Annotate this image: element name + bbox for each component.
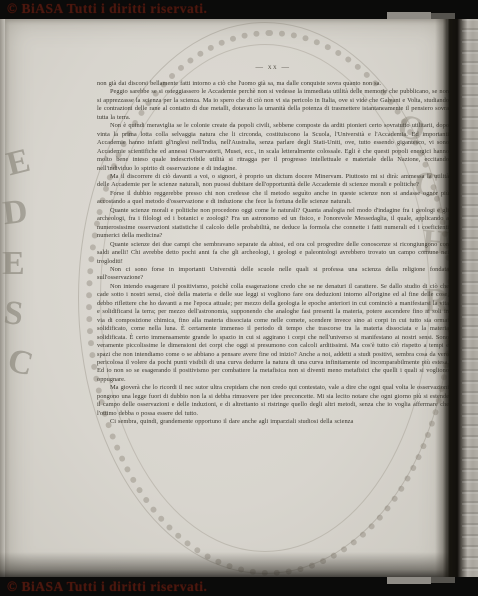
page-bottom-shadow xyxy=(0,552,478,577)
copyright-text-bottom: © BiASA Tutti i diritti riservati. xyxy=(7,579,207,595)
paragraph: Non intendo esagerare il positivismo, po… xyxy=(97,283,449,384)
copyright-bar-top: © BiASA Tutti i diritti riservati. xyxy=(0,0,478,19)
paragraph: Forse il dubbio reggerebbe presso chi no… xyxy=(97,190,449,207)
paragraph: non già dai discorsi bellamente fatti in… xyxy=(97,80,449,88)
scan-edge-artifact xyxy=(431,13,455,19)
scan-edge-artifact xyxy=(431,577,455,583)
left-page-edge-shadow xyxy=(0,19,10,577)
paragraph: Ma gioverà che lo ricordi il nec sutor u… xyxy=(97,384,449,418)
paragraph: Peggio sarebbe se si osteggiassero le Ac… xyxy=(97,88,449,122)
scanned-book-page: EDESC OCHR — xx — non già dai discorsi b… xyxy=(0,0,478,596)
paragraph: Ci sembra, quindi, grandemente opportuno… xyxy=(97,418,449,426)
adjacent-page-edge xyxy=(462,19,478,577)
paragraph: Non ci sono forse in importanti Universi… xyxy=(97,266,449,283)
paragraph: Quante scienze dei due campi che sembrav… xyxy=(97,241,449,266)
text-column: — xx — non già dai discorsi bellamente f… xyxy=(97,62,449,427)
copyright-bar-bottom: © BiASA Tutti i diritti riservati. xyxy=(0,577,478,596)
paragraph: Quante scienze morali e politiche non pr… xyxy=(97,207,449,241)
page-number: — xx — xyxy=(97,62,449,71)
paragraph: Ma il discorrere di ciò davanti a voi, o… xyxy=(97,173,449,190)
copyright-text-top: © BiASA Tutti i diritti riservati. xyxy=(7,1,207,17)
scan-edge-artifact xyxy=(387,12,431,19)
paragraph: Non è quindi meraviglia se le colonie cr… xyxy=(97,122,449,173)
body-text: non già dai discorsi bellamente fatti in… xyxy=(97,80,449,427)
scan-edge-artifact xyxy=(387,577,431,584)
